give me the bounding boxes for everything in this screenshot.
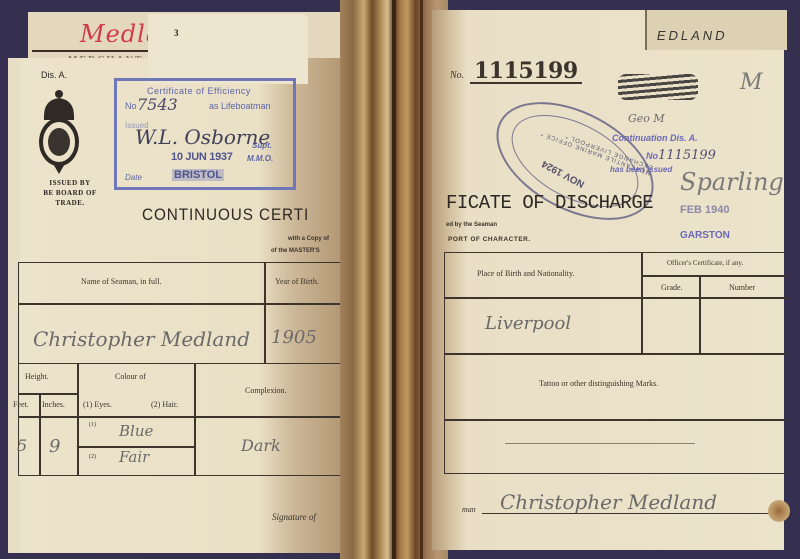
efficiency-certificate-stamp: Certificate of Efficiency No 7543 as Lif… [114, 78, 296, 190]
height-feet: 5 [17, 436, 27, 455]
stain [768, 500, 790, 522]
birthplace-value: Liverpool [485, 313, 571, 334]
stamp-date: 10 JUN 1937 [171, 151, 233, 163]
subtitle: with a Copy of [288, 236, 329, 242]
divider [32, 50, 150, 52]
title-right-half: FICATE OF DISCHARGE [446, 192, 653, 214]
continuation-date: FEB 1940 [680, 204, 730, 216]
continuation-stamp-title: Continuation Dis. A. [612, 133, 698, 143]
continuation-stamp-number: No1115199 [646, 148, 716, 163]
birth-table: Place of Birth and Nationality. Officer'… [444, 252, 786, 474]
seaman-signature: Christopher Medland [500, 490, 717, 514]
col-header-number: Number [729, 283, 755, 292]
stamp-number: 7543 [137, 95, 178, 114]
hair-colour: Fair [119, 448, 149, 466]
spine-crease [392, 0, 396, 559]
name-table: Name of Seaman, in full. Year of Birth. … [18, 262, 346, 364]
form-code: Dis. A. [41, 70, 67, 80]
subtitle: PORT OF CHARACTER. [448, 236, 531, 243]
issuer-text: ISSUED BY BE BOARD OF TRADE. [35, 178, 105, 208]
stamp-place: BRISTOL [172, 169, 224, 181]
name-tab-slip: EDLAND [645, 10, 787, 50]
col-header-year: Year of Birth. [275, 277, 319, 286]
subtitle: ed by the Seaman [446, 222, 497, 228]
page-tab: 3 [148, 14, 308, 84]
tab-name: EDLAND [656, 28, 729, 43]
eye-colour: Blue [119, 422, 153, 440]
col-header-officer-cert: Officer's Certificate, if any. [667, 259, 743, 267]
annotation: Geo M [628, 112, 665, 125]
royal-crest-icon [36, 88, 82, 176]
stamp-signature: W.L. Osborne [135, 125, 270, 149]
continuation-place: GARSTON [680, 230, 730, 241]
seaman-name: Christopher Medland [33, 327, 250, 351]
continuation-signature: Sparling [680, 168, 784, 196]
cert-number-label: No. [450, 70, 464, 81]
col-header-birthplace: Place of Birth and Nationality. [477, 269, 574, 278]
certificate-number: 1115199 [474, 58, 578, 84]
height-inches: 9 [49, 436, 60, 457]
tattoo-header: Tattoo or other distinguishing Marks. [539, 379, 658, 388]
complexion: Dark [241, 436, 281, 455]
signature-label: man [462, 505, 476, 514]
page-number: 3 [174, 28, 179, 38]
continuation-stamp-issued: has been issued [610, 165, 672, 174]
spine-crease [420, 0, 423, 559]
signature-line [482, 513, 777, 514]
col-header-name: Name of Seaman, in full. [81, 277, 161, 286]
redaction-scribble [618, 74, 698, 100]
col-header-grade: Grade. [661, 283, 683, 292]
birth-year: 1905 [271, 327, 317, 348]
title-left-half: CONTINUOUS CERTI [142, 205, 309, 225]
signature-label: Signature of [272, 512, 316, 522]
underline [470, 82, 582, 84]
description-table: Height. Feet. Inches. Colour of (1) Eyes… [18, 364, 346, 476]
subtitle: of the MASTER'S [271, 248, 320, 254]
initials: M [740, 70, 763, 95]
